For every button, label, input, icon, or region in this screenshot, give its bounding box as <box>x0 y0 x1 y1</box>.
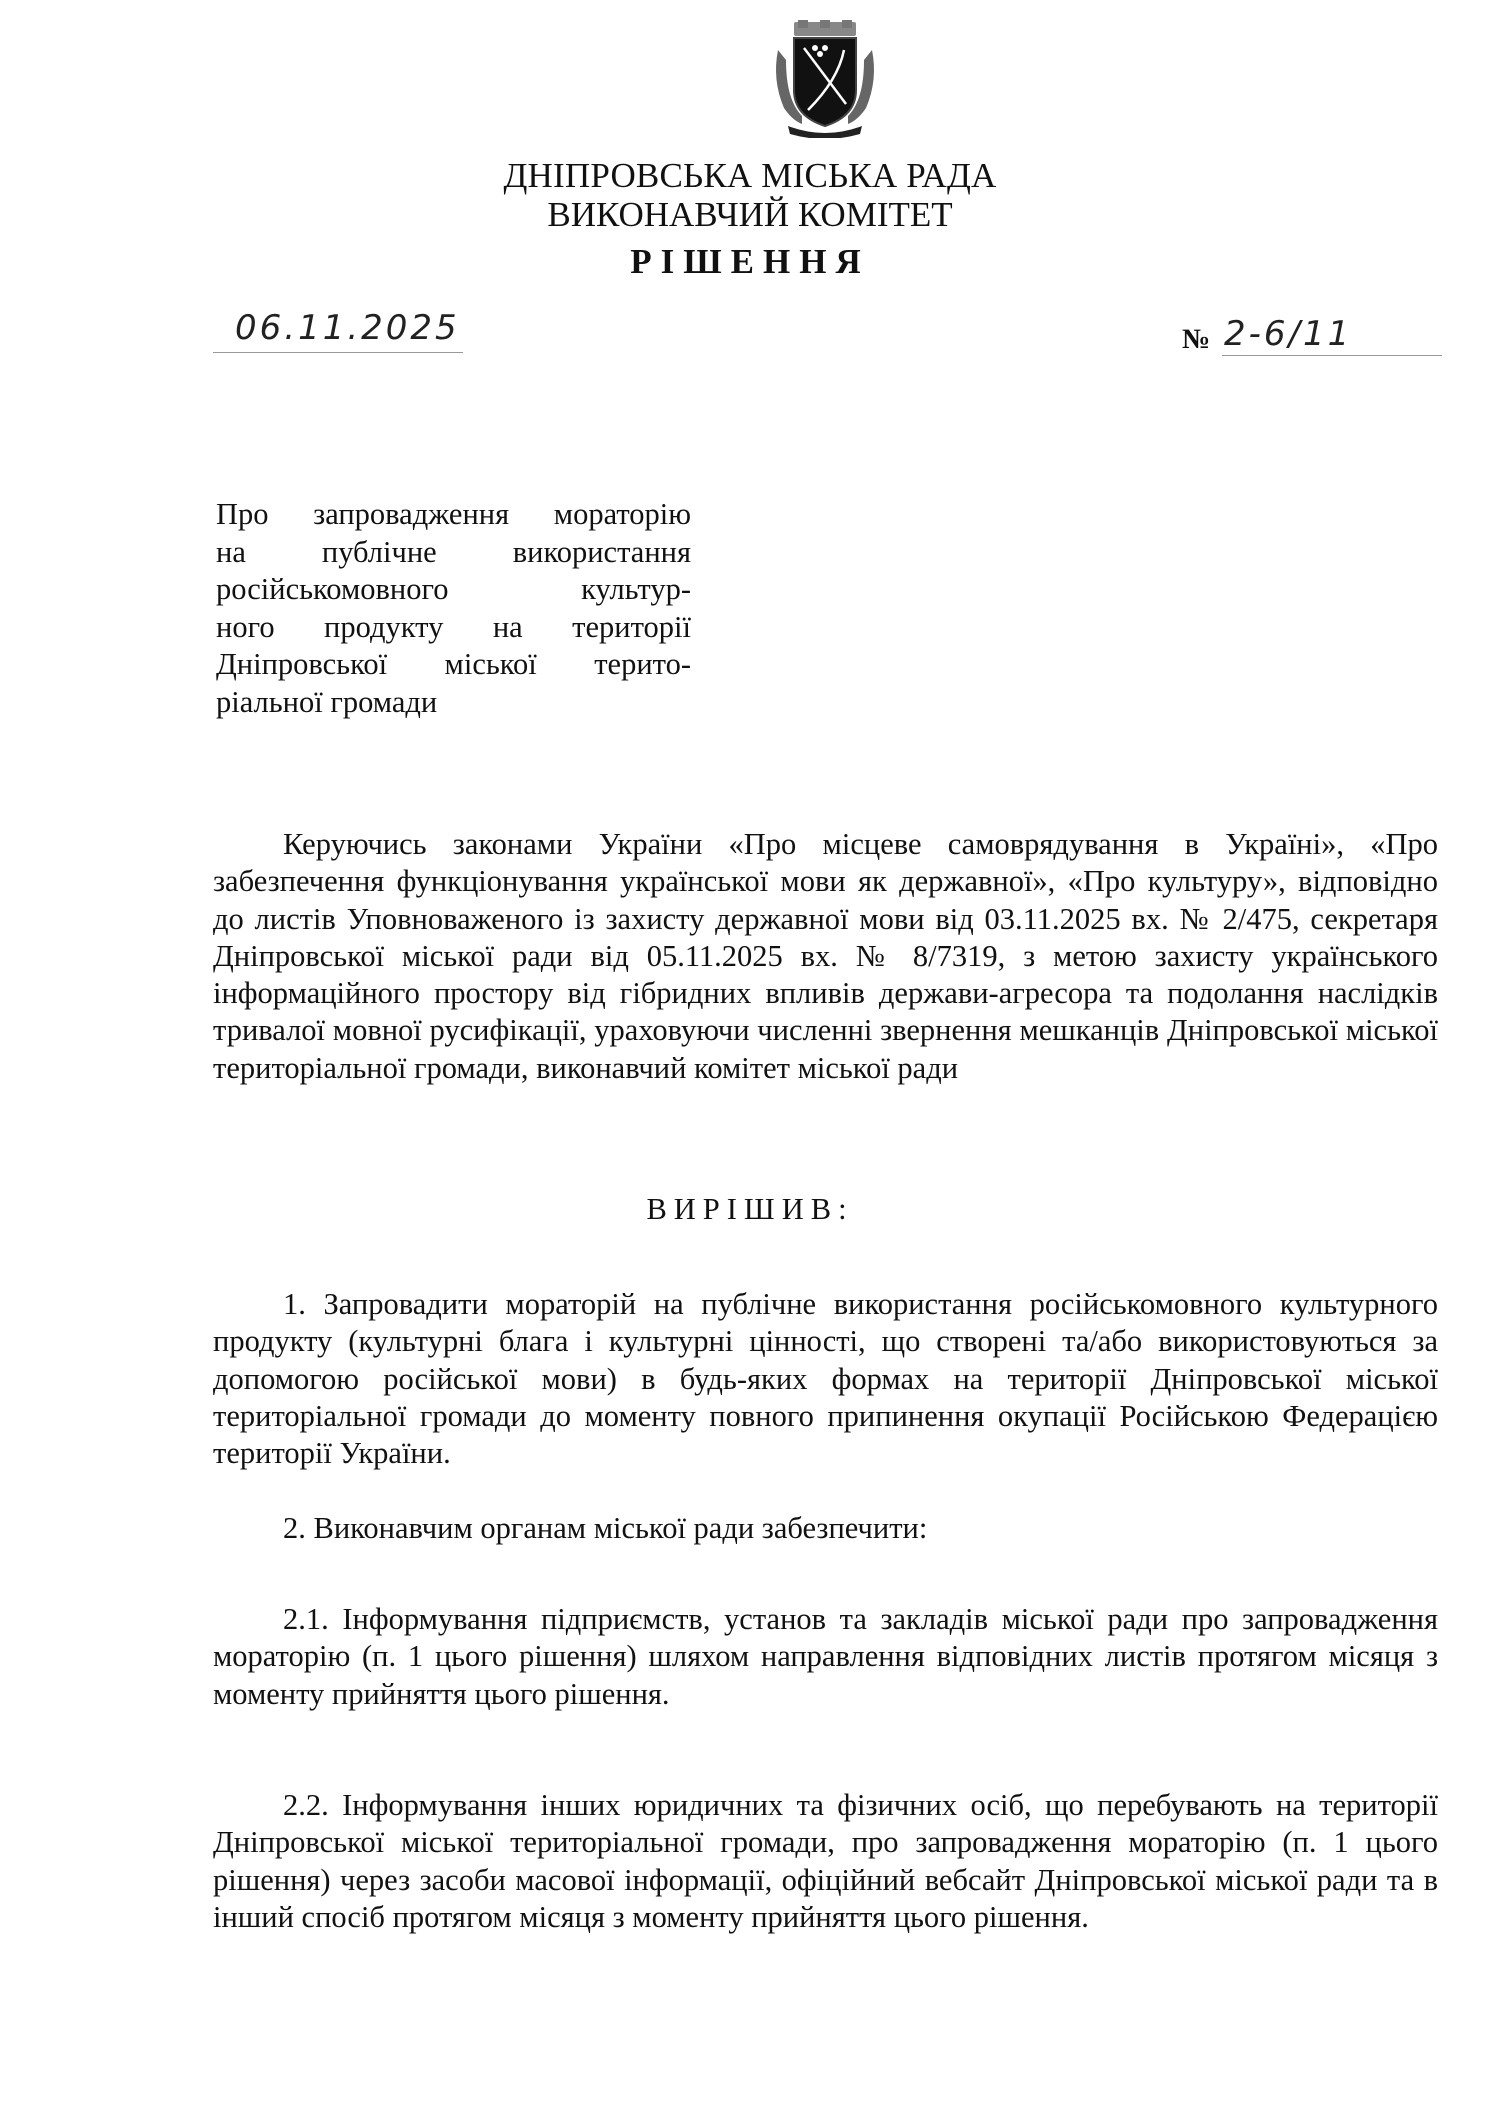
item-1: 1. Запровадити мораторій на публічне вик… <box>213 1286 1438 1472</box>
subject-line: Дніпровської міської терито- <box>216 646 691 684</box>
number-label: № <box>1182 324 1210 356</box>
coat-of-arms-icon <box>772 20 878 138</box>
decision-number-field: № 2-6/11 <box>1182 320 1432 360</box>
decision-number: 2-6/11 <box>1224 314 1352 354</box>
subject-line: російськомовного культур- <box>216 571 691 609</box>
council-name: ДНІПРОВСЬКА МІСЬКА РАДА <box>0 157 1500 195</box>
item-2-1: 2.1. Інформування підприємств, установ т… <box>213 1601 1438 1713</box>
decision-date-field: 06.11.2025 <box>213 312 463 353</box>
committee-name: ВИКОНАВЧИЙ КОМІТЕТ <box>0 196 1500 234</box>
decision-date: 06.11.2025 <box>235 308 460 348</box>
document-type-title: РІШЕННЯ <box>0 242 1500 282</box>
item-2: 2. Виконавчим органам міської ради забез… <box>213 1510 1438 1547</box>
item-2-2: 2.2. Інформування інших юридичних та фіз… <box>213 1787 1438 1936</box>
subject-line: ріальної громади <box>216 684 691 722</box>
decided-heading: ВИРІШИВ: <box>0 1192 1500 1227</box>
decision-subject: Про запровадження мораторію на публічне … <box>216 496 691 721</box>
subject-line: ного продукту на території <box>216 609 691 647</box>
subject-line: Про запровадження мораторію <box>216 496 691 534</box>
subject-line: на публічне використання <box>216 534 691 572</box>
number-underline <box>1222 355 1442 356</box>
preamble-paragraph: Керуючись законами України «Про місцеве … <box>213 826 1438 1087</box>
